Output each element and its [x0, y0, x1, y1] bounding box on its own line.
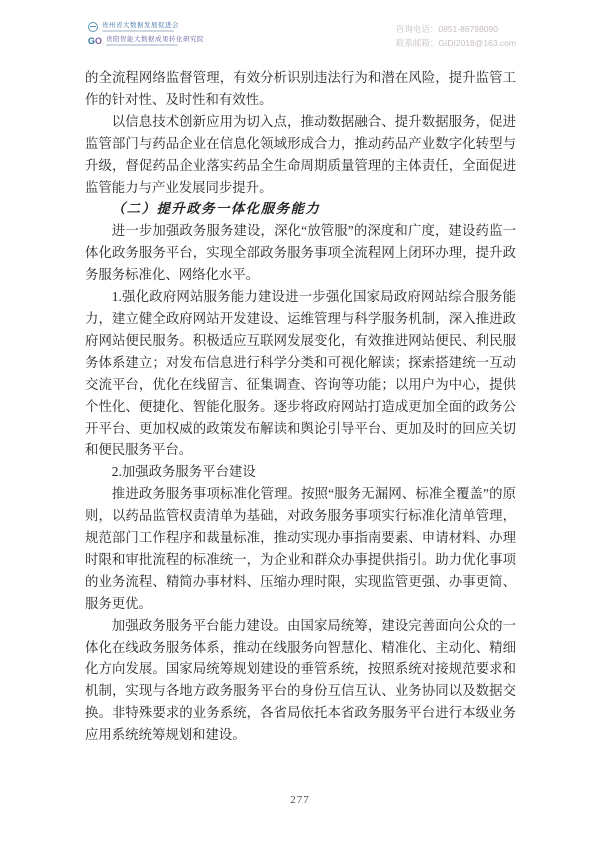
- association-subtext-bar: [102, 30, 174, 32]
- section-heading: （二）提升政务一体化服务能力: [85, 198, 516, 220]
- contact-info: 咨询电话：0851-86798090 联系邮箱：GIDI2018@163.com: [396, 22, 516, 50]
- paragraph: 进一步加强政务服务建设，深化“放管服”的深度和广度，建设药监一体化政务服务平台，…: [85, 220, 516, 286]
- paragraph: 1.强化政府网站服务能力建设进一步强化国家局政府网站综合服务能力，建立健全政府网…: [85, 286, 516, 461]
- organization-logos: 贵州省大数据发展促进会 GO 贵阳智能大数据成果转化研究院: [88, 22, 204, 46]
- association-name: 贵州省大数据发展促进会: [102, 22, 179, 29]
- logo-association: 贵州省大数据发展促进会: [88, 22, 204, 32]
- contact-phone: 咨询电话：0851-86798090: [396, 22, 516, 36]
- paragraph: 以信息技术创新应用为切入点，推动数据融合、提升数据服务，促进监管部门与药品企业在…: [85, 111, 516, 199]
- paragraph: 加强政务服务平台能力建设。由国家局统筹，建设完善面向公众的一体化在线政务服务体系…: [85, 615, 516, 746]
- institute-subtext-bar: [106, 44, 178, 46]
- document-body: 的全流程网络监督管理，有效分析识别违法行为和潜在风险，提升监管工作的针对性、及时…: [85, 67, 516, 746]
- logo-institute: GO 贵阳智能大数据成果转化研究院: [88, 36, 204, 46]
- page-number: 277: [0, 794, 600, 806]
- institute-name: 贵阳智能大数据成果转化研究院: [106, 36, 204, 43]
- go-monogram-icon: GO: [88, 36, 102, 46]
- globe-circle-icon: [88, 22, 98, 32]
- paragraph: 推进政务服务事项标准化管理。按照“服务无漏网、标准全覆盖”的原则，以药品监管权责…: [85, 483, 516, 614]
- list-item-heading: 2.加强政务服务平台建设: [85, 461, 516, 483]
- paragraph-continuation: 的全流程网络监督管理，有效分析识别违法行为和潜在风险，提升监管工作的针对性、及时…: [85, 67, 516, 111]
- contact-email: 联系邮箱：GIDI2018@163.com: [396, 36, 516, 50]
- document-page: 贵州省大数据发展促进会 GO 贵阳智能大数据成果转化研究院 咨询电话：0851-…: [0, 0, 600, 848]
- page-header: 贵州省大数据发展促进会 GO 贵阳智能大数据成果转化研究院 咨询电话：0851-…: [88, 22, 516, 50]
